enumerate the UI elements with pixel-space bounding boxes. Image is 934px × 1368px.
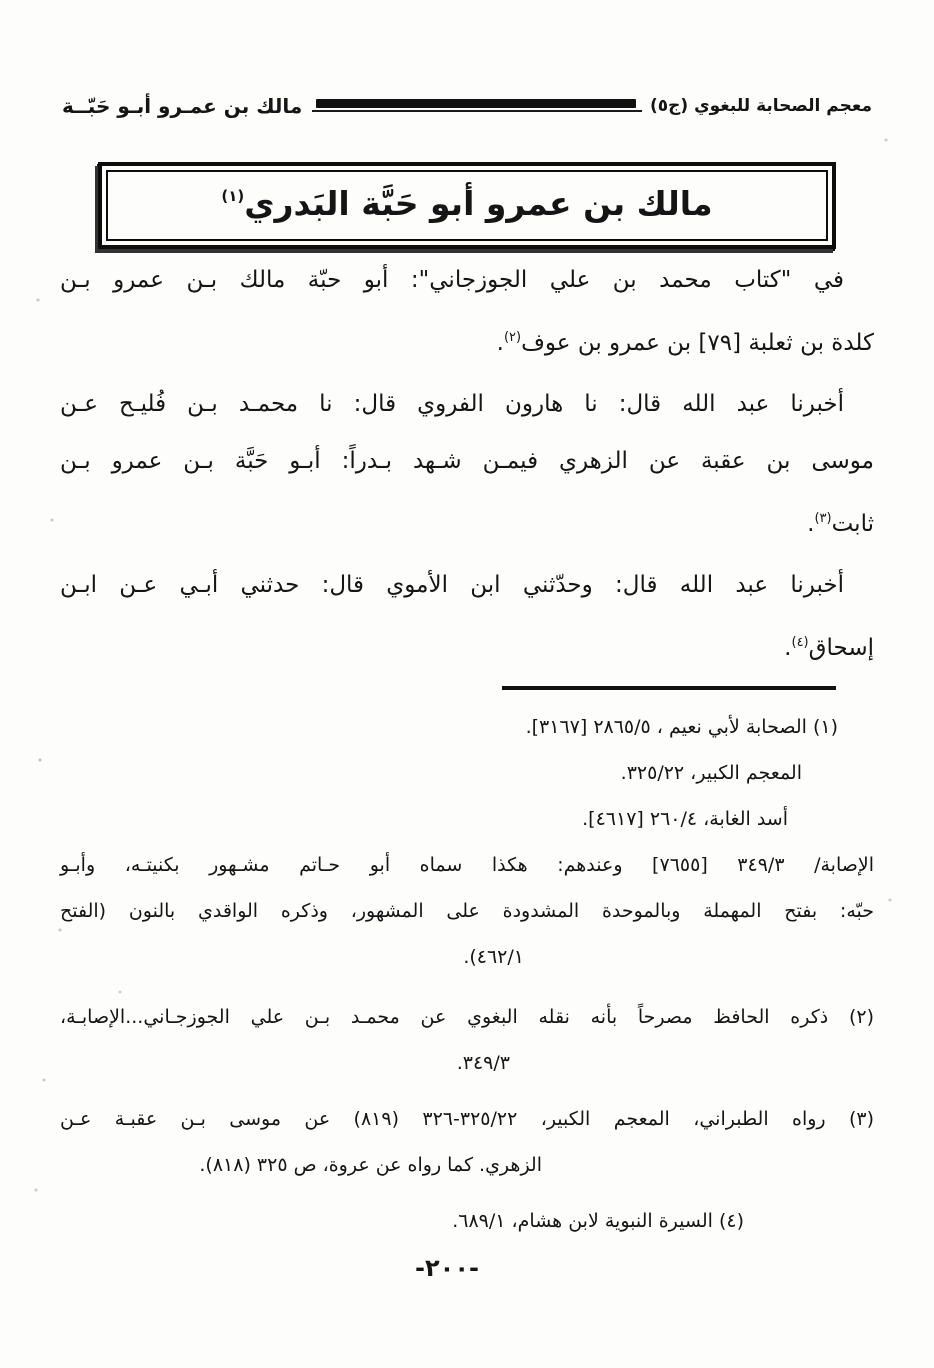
entry-title-footnote-marker: (١) [221, 187, 244, 205]
p1-line2-period: . [497, 330, 504, 356]
p2-line1: أخبرنا عبد الله قال: نا هارون الفروي قال… [60, 376, 874, 433]
footnote-1-line4: الإصابة/ ٣٤٩/٣ [٧٦٥٥] وعندهم: هكذا سماه … [60, 842, 874, 888]
footnote-2-line2: ٣٤٩/٣. [60, 1040, 874, 1086]
footnote-1-line6: ٤٦٢/١). [60, 934, 874, 980]
p1-line2: كلدة بن ثعلبة [٧٩] بن عمرو بن عوف(٢). [60, 309, 874, 366]
page-number: -٢٠٠- [0, 1254, 894, 1282]
header-divider-bar [316, 99, 636, 113]
footnote-2: (٢) ذكره الحافظ مصرحاً بأنه نقله البغوي … [60, 994, 874, 1086]
footnote-marker-3: (٣) [814, 511, 831, 526]
entry-title-box: مالك بن عمرو أبو حَبَّة البَدري(١) [98, 162, 836, 249]
footnote-1-line2: المعجم الكبير، ٣٢٥/٢٢. [60, 750, 874, 796]
scanned-book-page: معجم الصحابة للبغوي (ج٥) مالك بن عمـرو أ… [0, 0, 934, 1368]
p2-line3-text: ثابت [832, 511, 874, 537]
footnote-1: (١) الصحابة لأبي نعيم ، ٢٨٦٥/٥ [٣١٦٧]. ا… [60, 704, 874, 980]
footnote-1-line3: أسد الغابة، ٢٦٠/٤ [٤٦١٧]. [60, 796, 874, 842]
footnote-4-line1: (٤) السيرة النبوية لابن هشام، ٦٨٩/١. [60, 1198, 874, 1244]
p1-line2-text: كلدة بن ثعلبة [٧٩] بن عمرو بن عوف [521, 330, 874, 356]
paragraph-2: أخبرنا عبد الله قال: نا هارون الفروي قال… [60, 376, 874, 547]
running-header: معجم الصحابة للبغوي (ج٥) مالك بن عمـرو أ… [62, 88, 872, 124]
p3-line2: إسحاق(٤). [60, 614, 874, 671]
p2-line2: موسى بن عقبة عن الزهري فيمـن شـهد بـدراً… [60, 433, 874, 490]
paragraph-1: في "كتاب محمد بن علي الجوزجاني": أبو حبّ… [60, 252, 874, 366]
p3-line2-text: إسحاق [809, 635, 874, 661]
footnote-3: (٣) رواه الطبراني، المعجم الكبير، ٣٢٥/٢٢… [60, 1096, 874, 1188]
header-book-title: معجم الصحابة للبغوي (ج٥) [650, 96, 872, 116]
footnote-4: (٤) السيرة النبوية لابن هشام، ٦٨٩/١. [60, 1198, 874, 1244]
footnote-1-line1: (١) الصحابة لأبي نعيم ، ٢٨٦٥/٥ [٣١٦٧]. [60, 704, 874, 750]
footnote-3-line2: الزهري. كما رواه عن عروة، ص ٣٢٥ (٨١٨). [60, 1142, 874, 1188]
header-divider-thick-rule [316, 99, 636, 108]
entry-title-box-inner: مالك بن عمرو أبو حَبَّة البَدري(١) [106, 170, 828, 241]
p3-line1: أخبرنا عبد الله قال: وحدّثني ابن الأموي … [60, 557, 874, 614]
footnote-separator-rule [502, 686, 836, 690]
header-divider-thin-rule [312, 110, 642, 112]
footnote-2-line1: (٢) ذكره الحافظ مصرحاً بأنه نقله البغوي … [60, 994, 874, 1040]
footnote-3-line1: (٣) رواه الطبراني، المعجم الكبير، ٣٢٥/٢٢… [60, 1096, 874, 1142]
body-text: في "كتاب محمد بن علي الجوزجاني": أبو حبّ… [60, 252, 874, 671]
footnote-1-line5: حبّه: بفتح المهملة وبالموحدة المشدودة عل… [60, 888, 874, 934]
paragraph-3: أخبرنا عبد الله قال: وحدّثني ابن الأموي … [60, 557, 874, 671]
p2-line3: ثابت(٣). [60, 490, 874, 547]
p1-line1: في "كتاب محمد بن علي الجوزجاني": أبو حبّ… [60, 252, 874, 309]
header-entry-name: مالك بن عمـرو أبـو حَبّــة [62, 94, 302, 118]
footnote-marker-2: (٢) [504, 330, 521, 345]
footnote-marker-4: (٤) [791, 635, 808, 650]
footnotes-block: (١) الصحابة لأبي نعيم ، ٢٨٦٥/٥ [٣١٦٧]. ا… [60, 704, 874, 1244]
entry-title: مالك بن عمرو أبو حَبَّة البَدري [244, 184, 712, 223]
